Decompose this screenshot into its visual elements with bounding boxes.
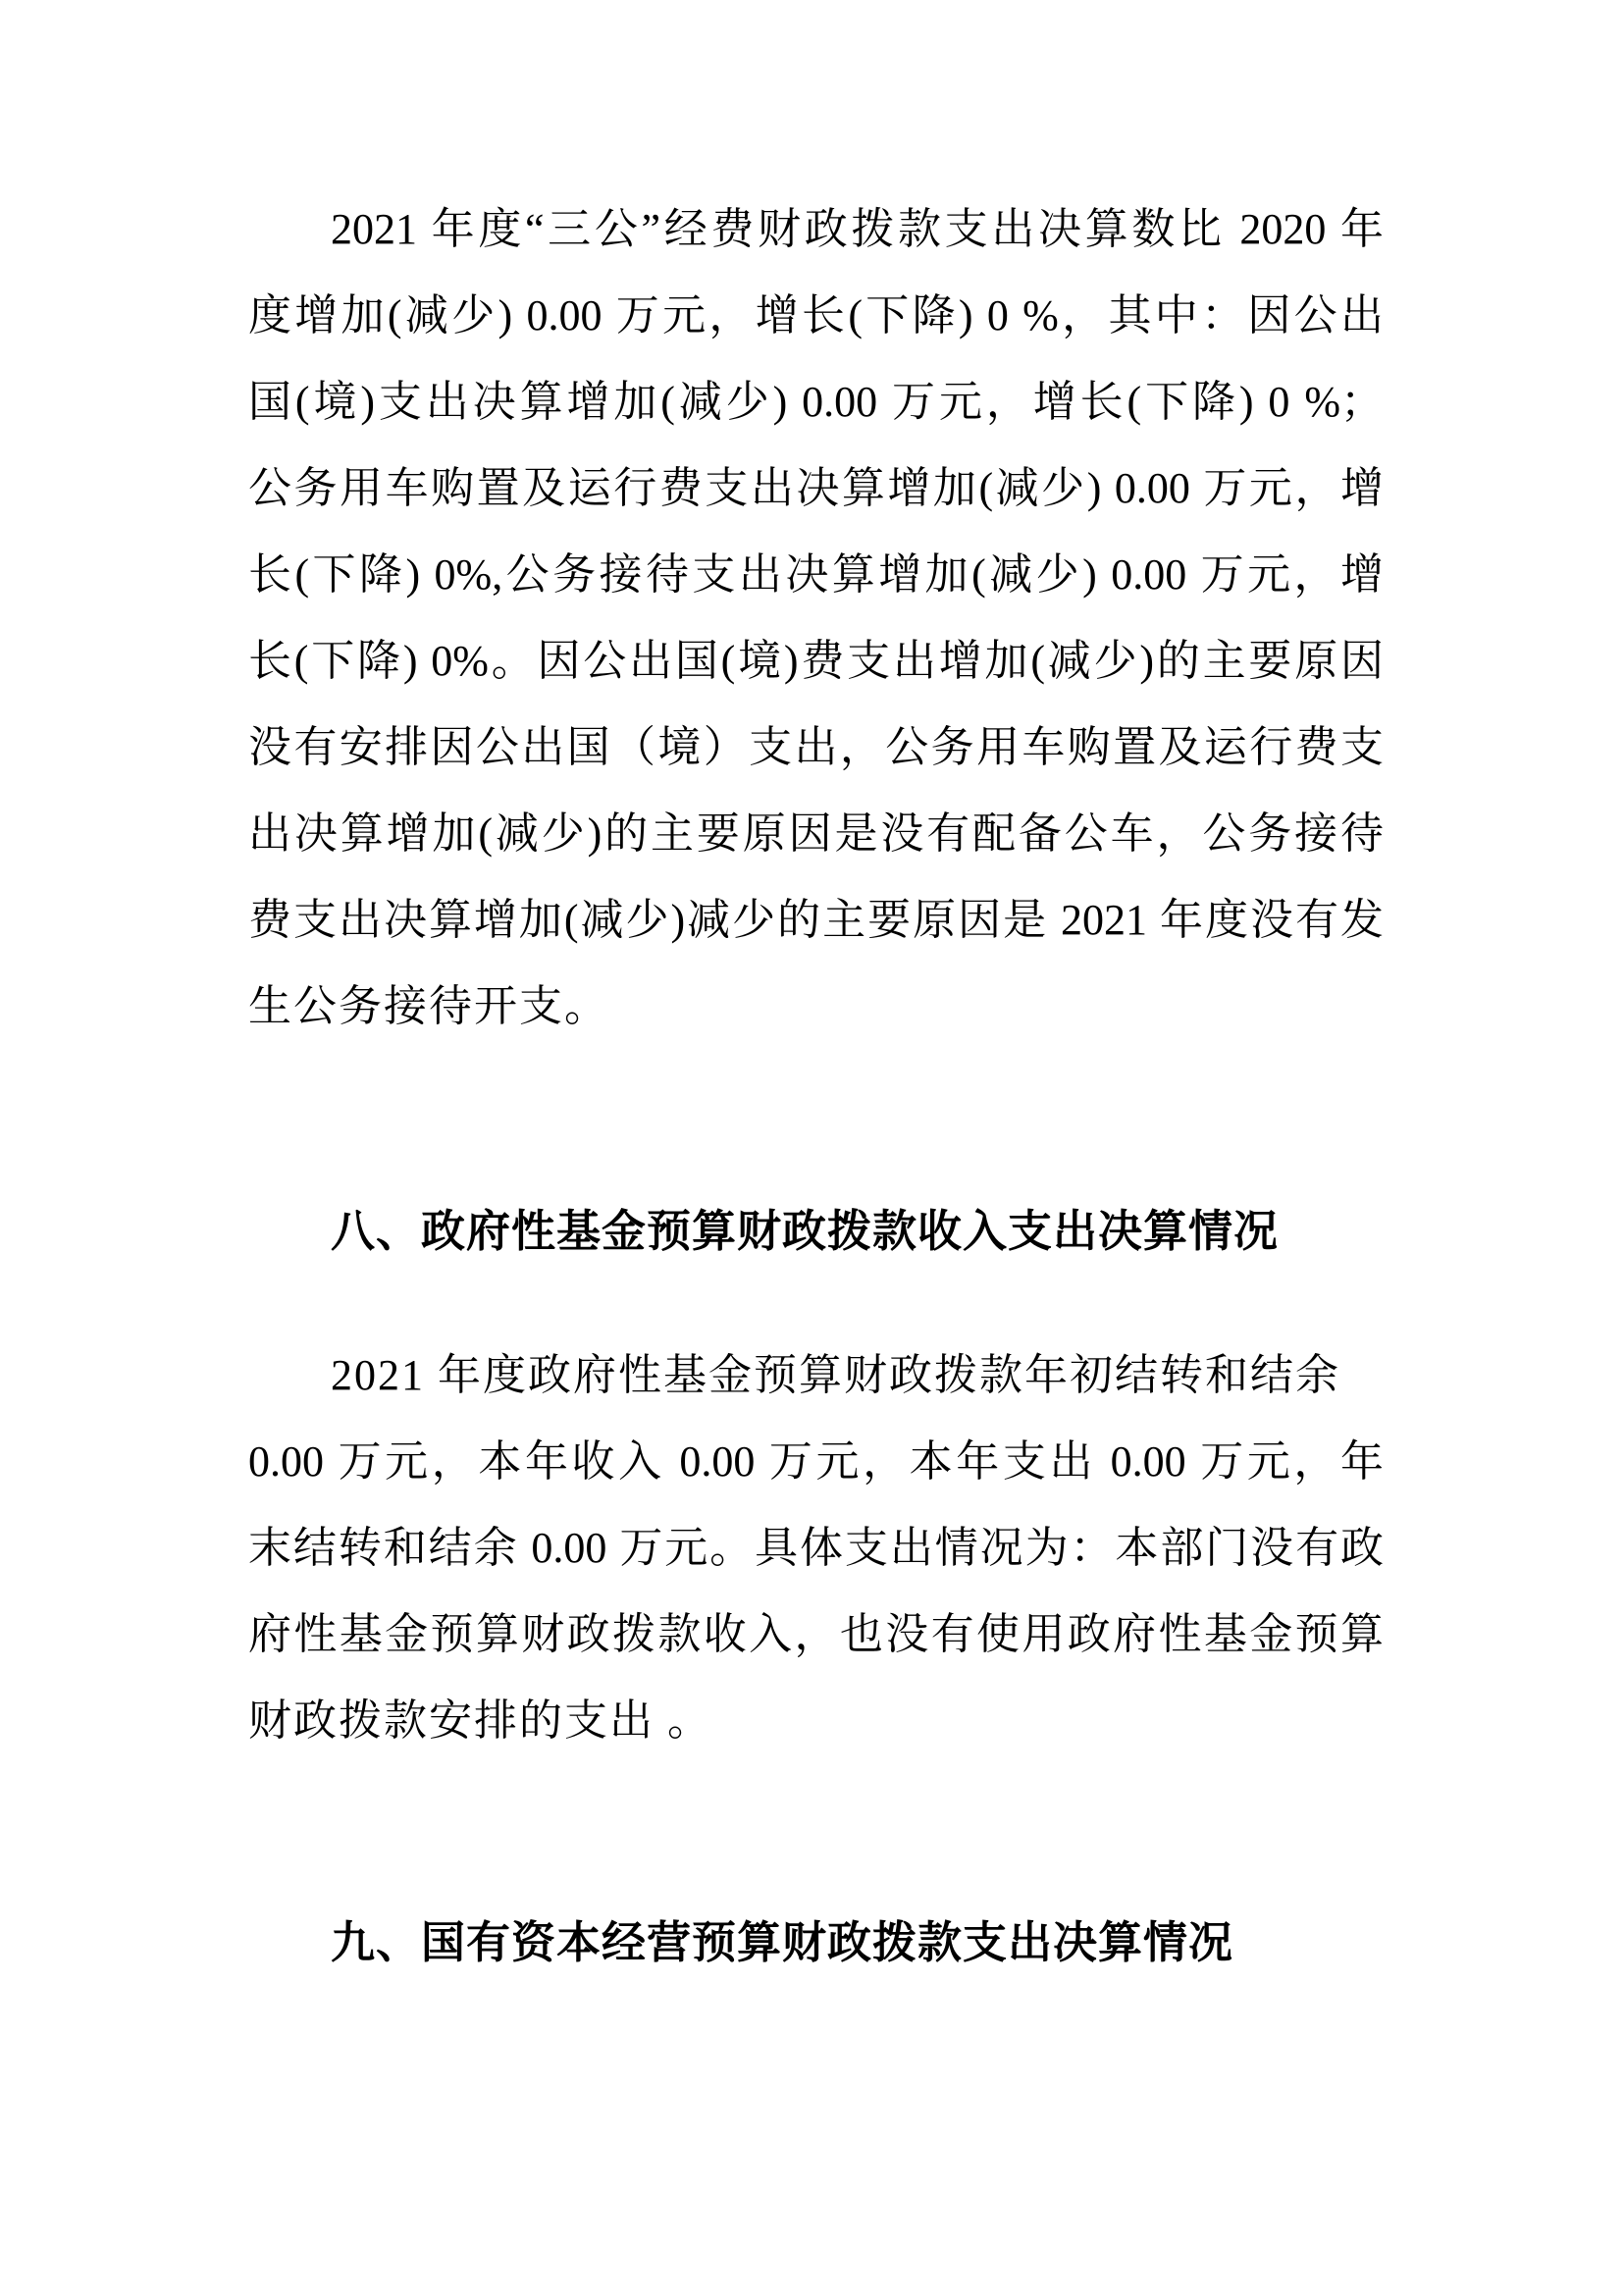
text-line: 末结转和结余 0.00 万元。具体支出情况为：本部门没有政 xyxy=(248,1505,1384,1592)
text-line: 长(下降) 0%。因公出国(境)费支出增加(减少)的主要原因 xyxy=(248,618,1384,704)
text-line: 0.00 万元，本年收入 0.00 万元，本年支出 0.00 万元，年 xyxy=(248,1419,1384,1505)
text-line: 府性基金预算财政拨款收入，也没有使用政府性基金预算 xyxy=(248,1592,1384,1678)
text-line: 公务用车购置及运行费支出决算增加(减少) 0.00 万元，增 xyxy=(248,445,1384,532)
section-heading-state-capital-budget: 九、国有资本经营预算财政拨款支出决算情况 xyxy=(248,1900,1384,1986)
text-line: 财政拨款安排的支出 。 xyxy=(248,1678,1384,1764)
document-page: 2021 年度“三公”经费财政拨款支出决算数比 2020 年 度增加(减少) 0… xyxy=(0,0,1624,2296)
text-line: 没有安排因公出国（境）支出，公务用车购置及运行费支 xyxy=(248,704,1384,791)
para-govt-fund-budget-details: 2021 年度政府性基金预算财政拨款年初结转和结余 0.00 万元，本年收入 0… xyxy=(248,1332,1384,1764)
text-line: 2021 年度政府性基金预算财政拨款年初结转和结余 xyxy=(248,1332,1384,1419)
text-line: 度增加(减少) 0.00 万元，增长(下降) 0 %，其中：因公出 xyxy=(248,273,1384,359)
text-line: 国(境)支出决算增加(减少) 0.00 万元，增长(下降) 0 %； xyxy=(248,359,1384,445)
text-line: 出决算增加(减少)的主要原因是没有配备公车，公务接待 xyxy=(248,791,1384,877)
para-three-public-funds-comparison: 2021 年度“三公”经费财政拨款支出决算数比 2020 年 度增加(减少) 0… xyxy=(248,186,1384,1050)
text-line: 2021 年度“三公”经费财政拨款支出决算数比 2020 年 xyxy=(248,186,1384,273)
section-heading-govt-fund-budget: 八、政府性基金预算财政拨款收入支出决算情况 xyxy=(248,1188,1384,1275)
text-line: 生公务接待开支。 xyxy=(248,964,1384,1050)
document-body: 2021 年度“三公”经费财政拨款支出决算数比 2020 年 度增加(减少) 0… xyxy=(248,0,1384,1986)
text-line: 长(下降) 0%,公务接待支出决算增加(减少) 0.00 万元，增 xyxy=(248,532,1384,618)
text-line: 费支出决算增加(减少)减少的主要原因是 2021 年度没有发 xyxy=(248,877,1384,964)
